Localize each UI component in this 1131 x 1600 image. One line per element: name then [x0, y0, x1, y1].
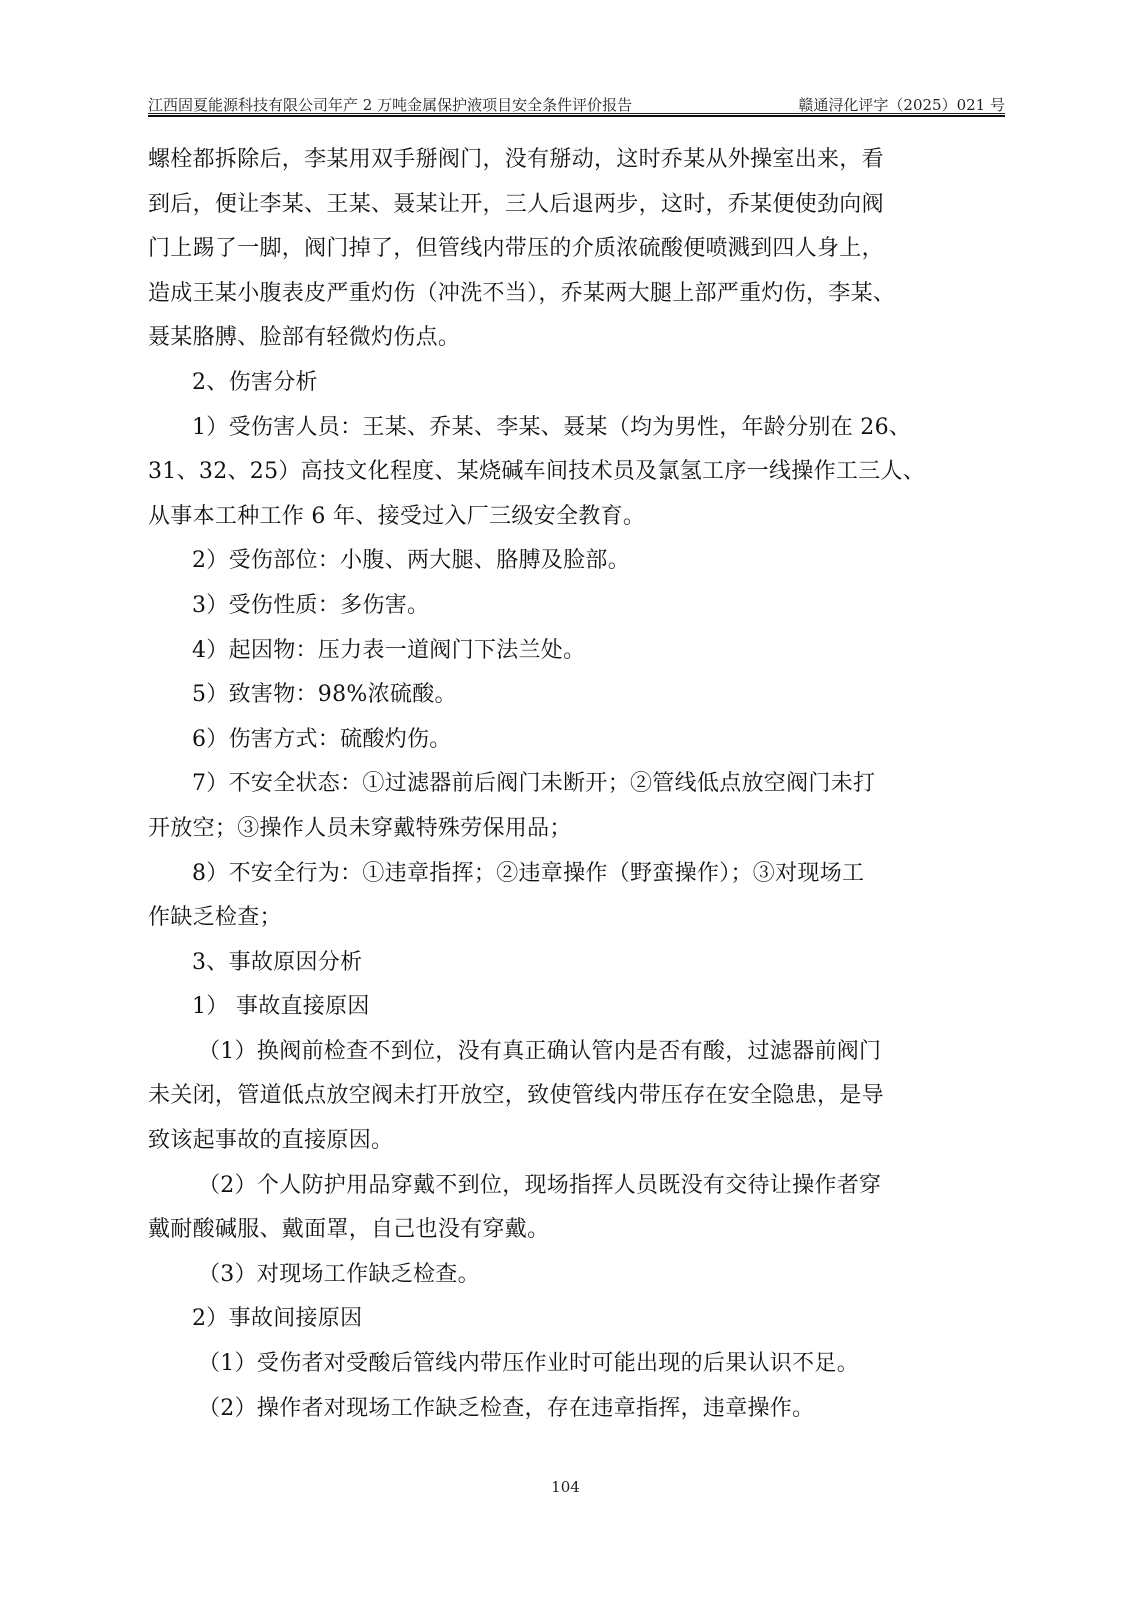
- list-item: （2）个人防护用品穿戴不到位，现场指挥人员既没有交待让操作者穿: [148, 1164, 1008, 1209]
- section-heading: 3、事故原因分析: [148, 941, 1008, 986]
- list-item: 5）致害物：98%浓硫酸。: [148, 673, 1008, 718]
- list-item: （3）对现场工作缺乏检查。: [148, 1253, 1008, 1298]
- list-item-continuation: 致该起事故的直接原因。: [148, 1119, 1008, 1164]
- paragraph-line: 聂某胳膊、脸部有轻微灼伤点。: [148, 316, 1008, 361]
- list-item: 2）受伤部位：小腹、两大腿、胳膊及脸部。: [148, 539, 1008, 584]
- list-item: 8）不安全行为：①违章指挥；②违章操作（野蛮操作）；③对现场工: [148, 852, 1008, 897]
- header-rule-thin: [148, 113, 1005, 114]
- list-item: （1）换阀前检查不到位，没有真正确认管内是否有酸，过滤器前阀门: [148, 1030, 1008, 1075]
- list-item-continuation: 作缺乏检查；: [148, 896, 1008, 941]
- header-report-title: 江西固夏能源科技有限公司年产 2 万吨金属保护液项目安全条件评价报告: [148, 96, 632, 114]
- running-header: 江西固夏能源科技有限公司年产 2 万吨金属保护液项目安全条件评价报告 赣通浔化评…: [148, 92, 1005, 114]
- list-item: （2）操作者对现场工作缺乏检查，存在违章指挥，违章操作。: [148, 1387, 1008, 1432]
- list-item: 4）起因物：压力表一道阀门下法兰处。: [148, 629, 1008, 674]
- paragraph-line: 到后，便让李某、王某、聂某让开，三人后退两步，这时，乔某便使劲向阀: [148, 183, 1008, 228]
- list-item: 7）不安全状态：①过滤器前后阀门未断开；②管线低点放空阀门未打: [148, 762, 1008, 807]
- body-text: 螺栓都拆除后，李某用双手掰阀门，没有掰动，这时乔某从外操室出来，看 到后，便让李…: [148, 138, 1008, 1431]
- header-rule-thick: [148, 115, 1005, 117]
- paragraph-line: 门上踢了一脚，阀门掉了，但管线内带压的介质浓硫酸便喷溅到四人身上，: [148, 227, 1008, 272]
- header-document-number: 赣通浔化评字（2025）021 号: [798, 96, 1005, 114]
- list-item: 1）受伤害人员：王某、乔某、李某、聂某（均为男性，年龄分别在 26、: [148, 406, 1008, 451]
- paragraph-line: 螺栓都拆除后，李某用双手掰阀门，没有掰动，这时乔某从外操室出来，看: [148, 138, 1008, 183]
- list-item-continuation: 从事本工种工作 6 年、接受过入厂三级安全教育。: [148, 495, 1008, 540]
- page-number: 104: [0, 1478, 1131, 1496]
- list-item: 3）受伤性质：多伤害。: [148, 584, 1008, 629]
- list-item: （1）受伤者对受酸后管线内带压作业时可能出现的后果认识不足。: [148, 1342, 1008, 1387]
- section-heading: 2、伤害分析: [148, 361, 1008, 406]
- list-item-continuation: 未关闭，管道低点放空阀未打开放空，致使管线内带压存在安全隐患，是导: [148, 1074, 1008, 1119]
- list-item-continuation: 31、32、25）高技文化程度、某烧碱车间技术员及氯氢工序一线操作工三人、: [148, 450, 1008, 495]
- list-item-continuation: 戴耐酸碱服、戴面罩，自己也没有穿戴。: [148, 1208, 1008, 1253]
- list-item: 6）伤害方式：硫酸灼伤。: [148, 718, 1008, 763]
- subsection-heading: 1） 事故直接原因: [148, 985, 1008, 1030]
- paragraph-line: 造成王某小腹表皮严重灼伤（冲洗不当），乔某两大腿上部严重灼伤，李某、: [148, 272, 1008, 317]
- list-item-continuation: 开放空；③操作人员未穿戴特殊劳保用品；: [148, 807, 1008, 852]
- subsection-heading: 2）事故间接原因: [148, 1297, 1008, 1342]
